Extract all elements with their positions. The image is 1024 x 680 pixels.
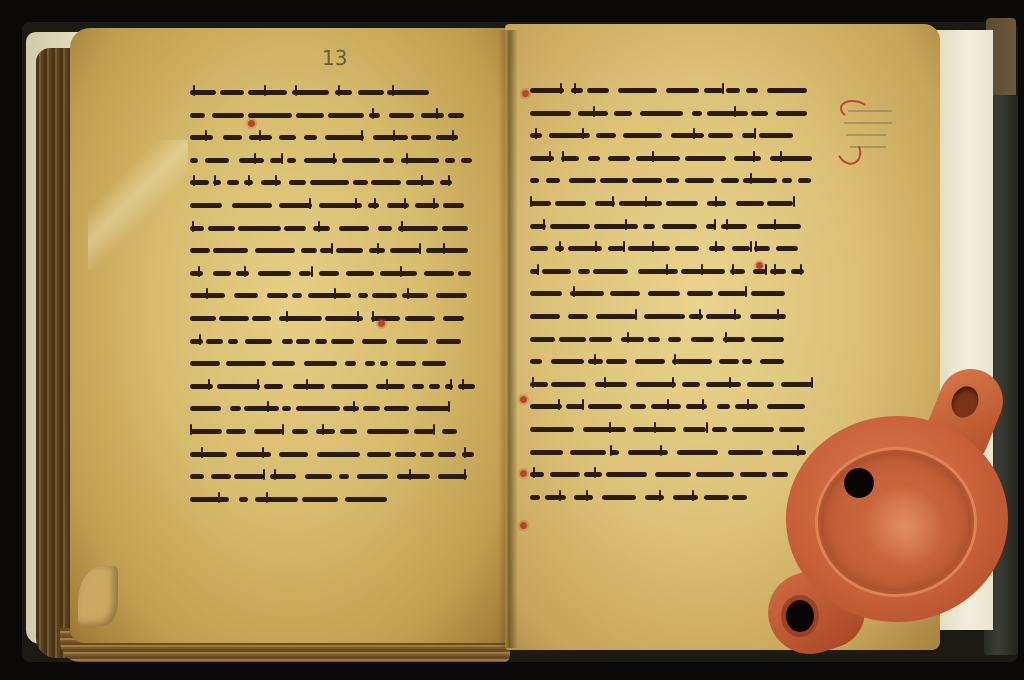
script-line [530,267,820,277]
script-line [530,86,820,96]
script-line [190,291,480,301]
left-text-block [190,88,480,517]
script-line [190,88,480,98]
rubric-marker [522,90,529,97]
script-line [190,224,480,234]
oil-lamp [766,364,1016,664]
script-line [190,427,480,437]
rubric-marker [248,120,255,127]
script-line [190,178,480,188]
lamp-wick-hole [786,600,814,632]
script-line [530,222,820,232]
script-line [530,244,820,254]
script-line [190,201,480,211]
script-line [190,133,480,143]
script-line [530,131,820,141]
lamp-fill-hole [844,468,874,498]
script-line [530,154,820,164]
book-gutter [498,30,518,648]
script-line [530,109,820,119]
script-line [190,337,480,347]
script-line [190,382,480,392]
rubric-marker [520,470,527,477]
rubric-marker [520,522,527,529]
script-line [530,312,820,322]
script-line [190,359,480,369]
script-line [190,314,480,324]
script-line [530,289,820,299]
rubric-marker [378,320,385,327]
script-line [530,335,820,345]
script-line [190,111,480,121]
script-line [190,450,480,460]
script-line [530,176,820,186]
script-line [190,269,480,279]
page-crease [88,140,188,270]
folio-number: 13 [322,46,347,70]
manuscript-photo: 13 [0,0,1024,680]
script-line [190,156,480,166]
script-line [190,246,480,256]
script-line [530,199,820,209]
rubric-marker [756,262,763,269]
script-line [190,472,480,482]
script-line [190,495,480,505]
script-line [190,404,480,414]
rubric-marker [520,396,527,403]
